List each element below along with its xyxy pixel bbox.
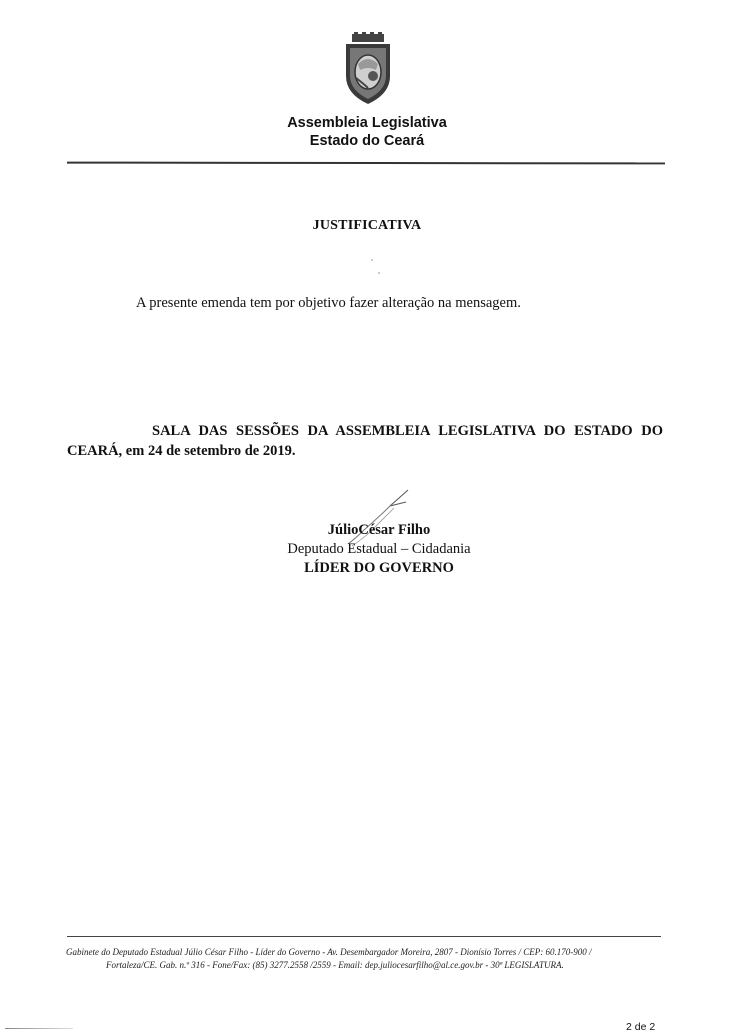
page-indicator: 2 de 2 xyxy=(626,1021,655,1033)
page-edge-mark xyxy=(5,1028,73,1029)
header-divider xyxy=(67,162,665,165)
signer-role: Deputado Estadual – Cidadania xyxy=(12,541,734,558)
scan-speck xyxy=(371,259,373,261)
scan-speck xyxy=(378,272,380,274)
justification-text: A presente emenda tem por objetivo fazer… xyxy=(136,295,521,312)
org-state: Estado do Ceará xyxy=(0,133,734,149)
footer-address-line2: Fortaleza/CE. Gab. n.º 316 - Fone/Fax: (… xyxy=(106,959,720,972)
document-title: JUSTIFICATIVA xyxy=(0,218,734,234)
ceara-coat-of-arms-icon xyxy=(338,32,398,106)
footer-divider xyxy=(67,936,661,937)
org-name: Assembleia Legislativa xyxy=(0,115,734,131)
closing-statement: SALA DAS SESSÕES DA ASSEMBLEIA LEGISLATI… xyxy=(67,421,663,461)
footer-address-line1: Gabinete do Deputado Estadual Júlio Césa… xyxy=(66,946,680,959)
signer-position: LÍDER DO GOVERNO xyxy=(12,560,734,577)
handwritten-signature xyxy=(328,488,418,548)
signer-name: JúlioCésar Filho xyxy=(12,522,734,539)
